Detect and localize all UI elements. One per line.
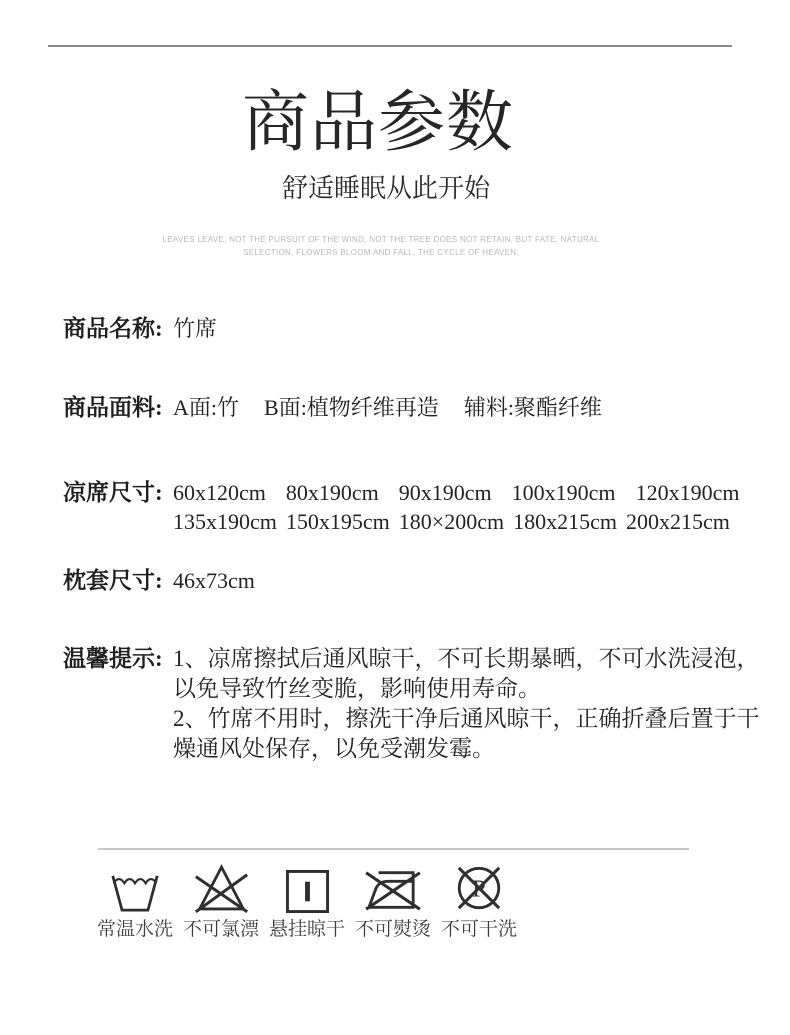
spec-row-product-name: 商品名称: 竹席 xyxy=(63,314,217,344)
care-item-wash: 常温水洗 xyxy=(96,862,174,940)
mat-size: 80x190cm xyxy=(286,478,379,507)
care-label: 不可干洗 xyxy=(440,920,518,940)
spec-label-tips: 温馨提示: xyxy=(63,644,173,674)
fabric-part-b: B面:植物纤维再造 xyxy=(264,393,439,423)
tips-line-3: 2、竹席不用时，擦洗干净后通风晾干，正确折叠后置于干 xyxy=(173,704,760,734)
spec-row-pillow-size: 枕套尺寸: 46x73cm xyxy=(63,566,255,596)
fabric-part-accessory: 辅料:聚酯纤维 xyxy=(464,393,602,423)
spec-label-fabric: 商品面料: xyxy=(63,393,173,423)
wash-basin-icon xyxy=(96,862,174,914)
care-item-no-bleach: 不可氯漂 xyxy=(182,862,260,940)
tips-line-2: 以免导致竹丝变脆，影响使用寿命。 xyxy=(173,674,760,704)
product-parameters-sheet: 商品参数 舒适睡眠从此开始 LEAVES LEAVE, NOT THE PURS… xyxy=(0,0,790,1035)
care-label: 常温水洗 xyxy=(96,920,174,940)
spec-row-mat-sizes: 凉席尺寸: 60x120cm 80x190cm 90x190cm 100x190… xyxy=(63,478,739,536)
mat-size: 180x215cm xyxy=(513,507,617,536)
spec-label-pillow-size: 枕套尺寸: xyxy=(63,566,173,596)
top-divider-line xyxy=(48,45,732,47)
mat-size: 90x190cm xyxy=(399,478,492,507)
spec-label-product-name: 商品名称: xyxy=(63,314,173,344)
spec-value-product-name: 竹席 xyxy=(173,314,217,344)
no-bleach-icon xyxy=(182,862,260,914)
mat-size: 60x120cm xyxy=(173,478,266,507)
tips-line-4: 燥通风处保存，以免受潮发霉。 xyxy=(173,734,760,764)
care-label: 不可氯漂 xyxy=(182,920,260,940)
care-item-no-dry-clean: P 不可干洗 xyxy=(440,862,518,940)
mat-size: 120x190cm xyxy=(636,478,740,507)
care-symbols-row: 常温水洗 不可氯漂 悬挂晾干 xyxy=(96,862,518,940)
spec-value-fabric: A面:竹 B面:植物纤维再造 辅料:聚酯纤维 xyxy=(173,393,602,423)
page-title: 商品参数 xyxy=(0,90,756,157)
english-tagline: LEAVES LEAVE, NOT THE PURSUIT OF THE WIN… xyxy=(0,233,762,259)
mat-size: 135x190cm xyxy=(173,507,277,536)
no-iron-icon xyxy=(354,862,432,914)
mat-sizes-line-2: 135x190cm 150x195cm 180×200cm 180x215cm … xyxy=(173,507,739,536)
spec-value-mat-sizes: 60x120cm 80x190cm 90x190cm 100x190cm 120… xyxy=(173,478,739,536)
tagline-line-2: SELECTION, FLOWERS BLOOM AND FALL, THE C… xyxy=(0,246,762,259)
fabric-part-a: A面:竹 xyxy=(173,393,239,423)
spec-value-tips: 1、凉席擦拭后通风晾干，不可长期暴晒，不可水洗浸泡， 以免导致竹丝变脆，影响使用… xyxy=(173,644,760,764)
page-subtitle: 舒适睡眠从此开始 xyxy=(0,174,772,204)
care-divider-line xyxy=(98,848,689,850)
mat-size: 200x215cm xyxy=(626,507,730,536)
care-label: 不可熨烫 xyxy=(354,920,432,940)
spec-value-pillow-size: 46x73cm xyxy=(173,566,255,596)
mat-size: 180×200cm xyxy=(399,507,504,536)
spec-row-tips: 温馨提示: 1、凉席擦拭后通风晾干，不可长期暴晒，不可水洗浸泡， 以免导致竹丝变… xyxy=(63,644,760,764)
mat-size: 150x195cm xyxy=(286,507,390,536)
tagline-line-1: LEAVES LEAVE, NOT THE PURSUIT OF THE WIN… xyxy=(0,233,762,246)
mat-sizes-line-1: 60x120cm 80x190cm 90x190cm 100x190cm 120… xyxy=(173,478,739,507)
spec-row-fabric: 商品面料: A面:竹 B面:植物纤维再造 辅料:聚酯纤维 xyxy=(63,393,602,423)
hang-dry-icon xyxy=(268,862,346,914)
care-item-no-iron: 不可熨烫 xyxy=(354,862,432,940)
care-label: 悬挂晾干 xyxy=(268,920,346,940)
mat-size: 100x190cm xyxy=(512,478,616,507)
spec-label-mat-sizes: 凉席尺寸: xyxy=(63,478,173,508)
care-item-hang-dry: 悬挂晾干 xyxy=(268,862,346,940)
no-dry-clean-icon: P xyxy=(440,862,518,914)
tips-line-1: 1、凉席擦拭后通风晾干，不可长期暴晒，不可水洗浸泡， xyxy=(173,644,760,674)
